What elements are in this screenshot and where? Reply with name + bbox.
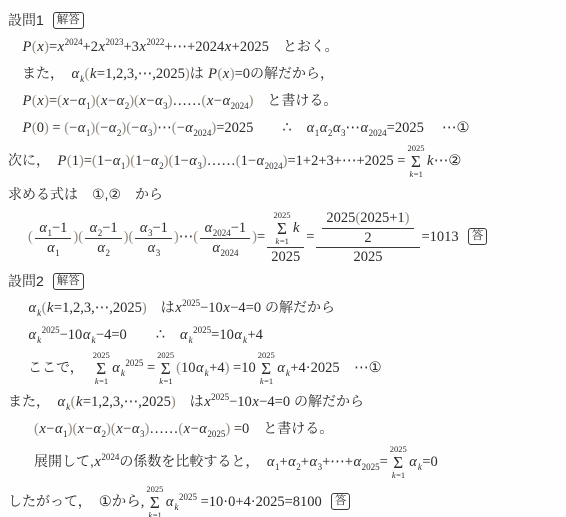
math-segment: x2024 [94, 454, 119, 470]
text-segment: と書ける。 [253, 92, 337, 108]
math-segment: α1+α2+α3+⋯+α2025=2025Σk=1αk=0 [266, 454, 437, 470]
kaitou-badge: 解答 [53, 273, 84, 290]
text-segment: は [147, 299, 175, 315]
text-segment: とおく。 [269, 38, 339, 54]
text-segment: と書ける。 [249, 420, 333, 436]
solution-line: したがって， ①から,2025Σk=1αk2025 =10·0+4·2025=8… [8, 485, 562, 517]
math-segment: (α1−1α1)(α2−1α2)(α3−1α3)⋯(α2024−1α2024)=… [28, 229, 459, 245]
math-segment: αk(k=1,2,3,⋯,2025) [28, 300, 147, 316]
solution-line: P(x)=x2024+2x2023+3x2022+⋯+2024x+2025 とお… [8, 36, 562, 58]
solution-line: また， αk(k=1,2,3,⋯,2025)は P(x)=0の解だから， [8, 63, 562, 85]
solution-line: (α1−1α1)(α2−1α2)(α3−1α3)⋯(α2024−1α2024)=… [8, 210, 562, 266]
math-segment: P(x)=0 [208, 66, 250, 82]
solution-line: P(0) = (−α1)(−α2)(−α3)⋯(−α2024)=2025 ∴ α… [8, 117, 562, 139]
math-segment: x2025−10x−4=0 [204, 394, 290, 410]
text-segment: は [190, 65, 208, 81]
text-segment: また， [22, 65, 71, 81]
math-segment: P(0) = (−α1)(−α2)(−α3)⋯(−α2024)=2025 ∴ α… [22, 120, 469, 136]
section-header-line: 設問1解答 [8, 10, 562, 31]
solution-line: αk(k=1,2,3,⋯,2025) はx2025−10x−4=0 の解だから [8, 297, 562, 319]
math-segment: P(1)=(1−α1)(1−α2)(1−α3)……(1−α2024)=1+2+3… [57, 153, 461, 169]
math-segment: αk(k=1,2,3,⋯,2025) [57, 394, 176, 410]
text-segment: また， [8, 393, 57, 409]
text-segment: 次に， [8, 152, 57, 168]
solution-line: 展開して,x2024の係数を比較すると， α1+α2+α3+⋯+α2025=20… [8, 445, 562, 480]
solution-line: (x−α1)(x−α2)(x−α3)……(x−α2025) =0 と書ける。 [8, 418, 562, 440]
text-segment: 設問1 [8, 12, 44, 28]
solution-line: また， αk(k=1,2,3,⋯,2025) はx2025−10x−4=0 の解… [8, 391, 562, 413]
text-segment: の解だから [261, 299, 335, 315]
math-segment: x2025−10x−4=0 [175, 300, 261, 316]
kotae-answer-badge: 答 [331, 493, 351, 510]
text-segment: 設問2 [8, 273, 44, 289]
solution-line: 求める式は ①,② から [8, 184, 562, 205]
math-solution-document: 設問1解答P(x)=x2024+2x2023+3x2022+⋯+2024x+20… [0, 0, 566, 517]
math-segment: αk(k=1,2,3,⋯,2025) [71, 66, 190, 82]
solution-line: ここで， 2025Σk=1αk2025 =2025Σk=1(10αk+4) =1… [8, 351, 562, 386]
text-segment: 求める式は ①,② から [8, 186, 163, 202]
solution-line: 次に， P(1)=(1−α1)(1−α2)(1−α3)……(1−α2024)=1… [8, 144, 562, 179]
text-segment: ここで， [28, 359, 91, 375]
section-header-line: 設問2解答 [8, 271, 562, 292]
math-segment: P(x)=(x−α1)(x−α2)(x−α3)……(x−α2024) [22, 93, 253, 109]
math-segment: ①から,2025Σk=1αk2025 =10·0+4·2025=8100 [99, 494, 322, 510]
text-segment: の係数を比較すると， [119, 453, 266, 469]
math-segment: αk2025−10αk−4=0 ∴ αk2025=10αk+4 [28, 327, 263, 343]
text-segment: 展開して, [34, 453, 94, 469]
math-segment: (x−α1)(x−α2)(x−α3)……(x−α2025) =0 [34, 421, 249, 437]
solution-line: αk2025−10αk−4=0 ∴ αk2025=10αk+4 [8, 324, 562, 346]
math-segment: 2025Σk=1αk2025 =2025Σk=1(10αk+4) =102025… [91, 360, 382, 376]
text-segment: の解だから [290, 393, 364, 409]
kotae-answer-badge: 答 [468, 228, 488, 245]
solution-lines: 設問1解答P(x)=x2024+2x2023+3x2022+⋯+2024x+20… [8, 10, 562, 517]
text-segment: の解だから， [250, 65, 334, 81]
math-segment: P(x)=x2024+2x2023+3x2022+⋯+2024x+2025 [22, 39, 269, 55]
text-segment: したがって， [8, 493, 99, 509]
solution-line: P(x)=(x−α1)(x−α2)(x−α3)……(x−α2024) と書ける。 [8, 90, 562, 112]
kaitou-badge: 解答 [53, 12, 84, 29]
text-segment: は [176, 393, 204, 409]
